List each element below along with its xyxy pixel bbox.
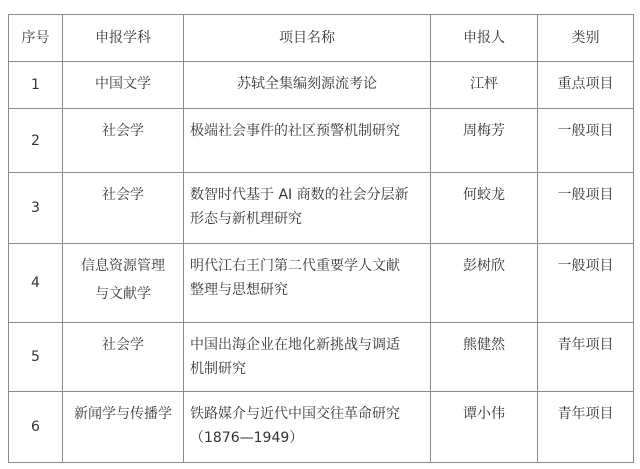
- title-line: 整理与思想研究: [190, 278, 424, 302]
- title-line: 极端社会事件的社区预警机制研究: [190, 119, 424, 143]
- title-line: 形态与新机理研究: [190, 207, 424, 231]
- table-row: 3 社会学 数智时代基于 AI 商数的社会分层新 形态与新机理研究 何蛟龙 一般…: [9, 173, 634, 244]
- cell-applicant: 周梅芳: [431, 109, 538, 173]
- cell-title: 极端社会事件的社区预警机制研究: [184, 109, 431, 173]
- subject-line: 新闻学与传播学: [69, 402, 177, 426]
- cell-category: 青年项目: [538, 392, 634, 463]
- cell-subject: 社会学: [63, 109, 184, 173]
- cell-category: 一般项目: [538, 173, 634, 244]
- title-line: 铁路媒介与近代中国交往革命研究: [190, 402, 424, 426]
- cell-category: 重点项目: [538, 62, 634, 109]
- title-line: 明代江右王门第二代重要学人文献: [190, 254, 424, 278]
- cell-applicant: 谭小伟: [431, 392, 538, 463]
- cell-category: 一般项目: [538, 109, 634, 173]
- header-applicant: 申报人: [431, 15, 538, 62]
- cell-category: 青年项目: [538, 323, 634, 392]
- cell-subject: 信息资源管理 与文献学: [63, 244, 184, 323]
- header-no: 序号: [9, 15, 63, 62]
- title-line: 苏轼全集编刻源流考论: [190, 72, 424, 96]
- cell-title: 中国出海企业在地化新挑战与调适 机制研究: [184, 323, 431, 392]
- title-line: 中国出海企业在地化新挑战与调适: [190, 333, 424, 357]
- cell-title: 数智时代基于 AI 商数的社会分层新 形态与新机理研究: [184, 173, 431, 244]
- subject-line: 与文献学: [69, 282, 177, 306]
- project-table: 序号 申报学科 项目名称 申报人 类别 1 中国文学 苏轼全集编刻源流考论 江枰…: [8, 14, 634, 463]
- table-row: 5 社会学 中国出海企业在地化新挑战与调适 机制研究 熊健然 青年项目: [9, 323, 634, 392]
- cell-no: 4: [9, 244, 63, 323]
- cell-title: 明代江右王门第二代重要学人文献 整理与思想研究: [184, 244, 431, 323]
- cell-no: 6: [9, 392, 63, 463]
- header-subject: 申报学科: [63, 15, 184, 62]
- cell-no: 5: [9, 323, 63, 392]
- cell-subject: 新闻学与传播学: [63, 392, 184, 463]
- cell-title: 苏轼全集编刻源流考论: [184, 62, 431, 109]
- header-category: 类别: [538, 15, 634, 62]
- cell-subject: 社会学: [63, 173, 184, 244]
- cell-title: 铁路媒介与近代中国交往革命研究 （1876—1949）: [184, 392, 431, 463]
- cell-category: 一般项目: [538, 244, 634, 323]
- title-line: （1876—1949）: [190, 426, 424, 450]
- table-row: 6 新闻学与传播学 铁路媒介与近代中国交往革命研究 （1876—1949） 谭小…: [9, 392, 634, 463]
- table-header-row: 序号 申报学科 项目名称 申报人 类别: [9, 15, 634, 62]
- subject-line: 中国文学: [69, 72, 177, 96]
- cell-no: 2: [9, 109, 63, 173]
- cell-subject: 中国文学: [63, 62, 184, 109]
- table-row: 2 社会学 极端社会事件的社区预警机制研究 周梅芳 一般项目: [9, 109, 634, 173]
- cell-no: 3: [9, 173, 63, 244]
- subject-line: 社会学: [69, 333, 177, 357]
- cell-applicant: 何蛟龙: [431, 173, 538, 244]
- cell-subject: 社会学: [63, 323, 184, 392]
- table-row: 1 中国文学 苏轼全集编刻源流考论 江枰 重点项目: [9, 62, 634, 109]
- subject-line: 信息资源管理: [69, 254, 177, 278]
- cell-applicant: 江枰: [431, 62, 538, 109]
- subject-line: 社会学: [69, 183, 177, 207]
- table-row: 4 信息资源管理 与文献学 明代江右王门第二代重要学人文献 整理与思想研究 彭树…: [9, 244, 634, 323]
- cell-applicant: 彭树欣: [431, 244, 538, 323]
- subject-line: 社会学: [69, 119, 177, 143]
- cell-no: 1: [9, 62, 63, 109]
- cell-applicant: 熊健然: [431, 323, 538, 392]
- title-line: 机制研究: [190, 357, 424, 381]
- title-line: 数智时代基于 AI 商数的社会分层新: [190, 183, 424, 207]
- header-title: 项目名称: [184, 15, 431, 62]
